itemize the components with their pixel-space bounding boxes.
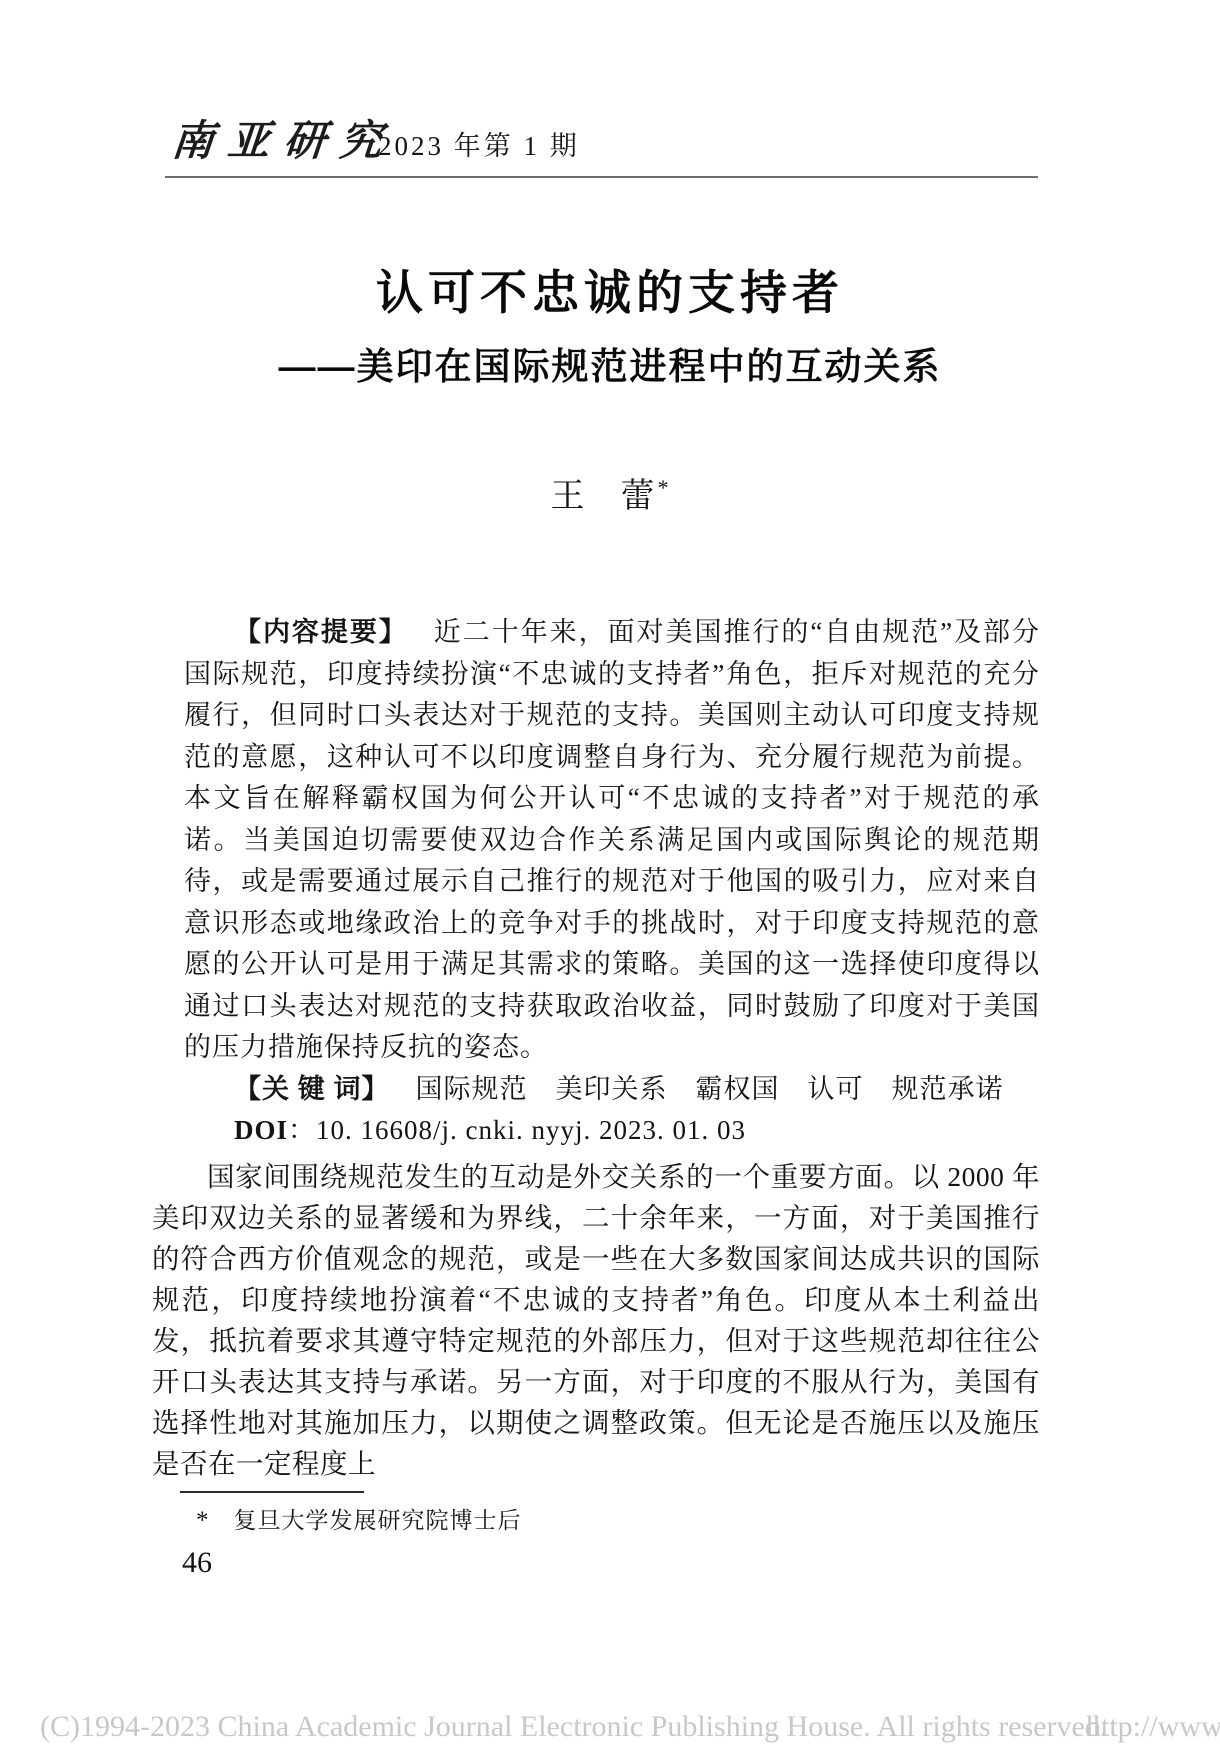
- doi-line: DOI：10. 16608/j. cnki. nyyj. 2023. 01. 0…: [184, 1110, 1040, 1152]
- author-name: 王 蕾: [551, 478, 656, 515]
- article-title: 认可不忠诚的支持者: [0, 256, 1220, 323]
- author-line: 王 蕾*: [0, 468, 1220, 517]
- keywords-label: 【关 键 词】: [234, 1074, 390, 1104]
- abstract-paragraph: 【内容提要】近二十年来，面对美国推行的“自由规范”及部分国际规范，印度持续扮演“…: [184, 612, 1040, 1069]
- header-divider: [165, 176, 1038, 178]
- watermark-url: http://www.cnki.ne: [1086, 1710, 1220, 1744]
- footnote: *复旦大学发展研究院博士后: [196, 1502, 522, 1535]
- issue-label: 2023 年第 1 期: [378, 124, 580, 163]
- article-subtitle: ——美印在国际规范进程中的互动关系: [0, 336, 1220, 390]
- footnote-text: 复旦大学发展研究院博士后: [234, 1508, 522, 1533]
- abstract-block: 【内容提要】近二十年来，面对美国推行的“自由规范”及部分国际规范，印度持续扮演“…: [184, 612, 1040, 1152]
- footnote-divider: [180, 1491, 364, 1493]
- body-paragraph: 国家间围绕规范发生的互动是外交关系的一个重要方面。以 2000 年美印双边关系的…: [152, 1156, 1040, 1484]
- watermark-copyright: (C)1994-2023 China Academic Journal Elec…: [40, 1710, 1107, 1744]
- page-number: 46: [182, 1546, 212, 1580]
- keywords-line: 【关 键 词】国际规范 美印关系 霸权国 认可 规范承诺: [184, 1069, 1040, 1111]
- author-footnote-marker: *: [658, 475, 670, 500]
- abstract-text: 近二十年来，面对美国推行的“自由规范”及部分国际规范，印度持续扮演“不忠诚的支持…: [184, 617, 1040, 1062]
- abstract-label: 【内容提要】: [234, 617, 408, 647]
- doi-value: ：10. 16608/j. cnki. nyyj. 2023. 01. 03: [288, 1115, 746, 1145]
- journal-logo: 南亚研究: [169, 108, 398, 168]
- keywords-text: 国际规范 美印关系 霸权国 认可 规范承诺: [416, 1074, 1004, 1104]
- footnote-marker: *: [196, 1507, 210, 1534]
- doi-label: DOI: [234, 1115, 288, 1145]
